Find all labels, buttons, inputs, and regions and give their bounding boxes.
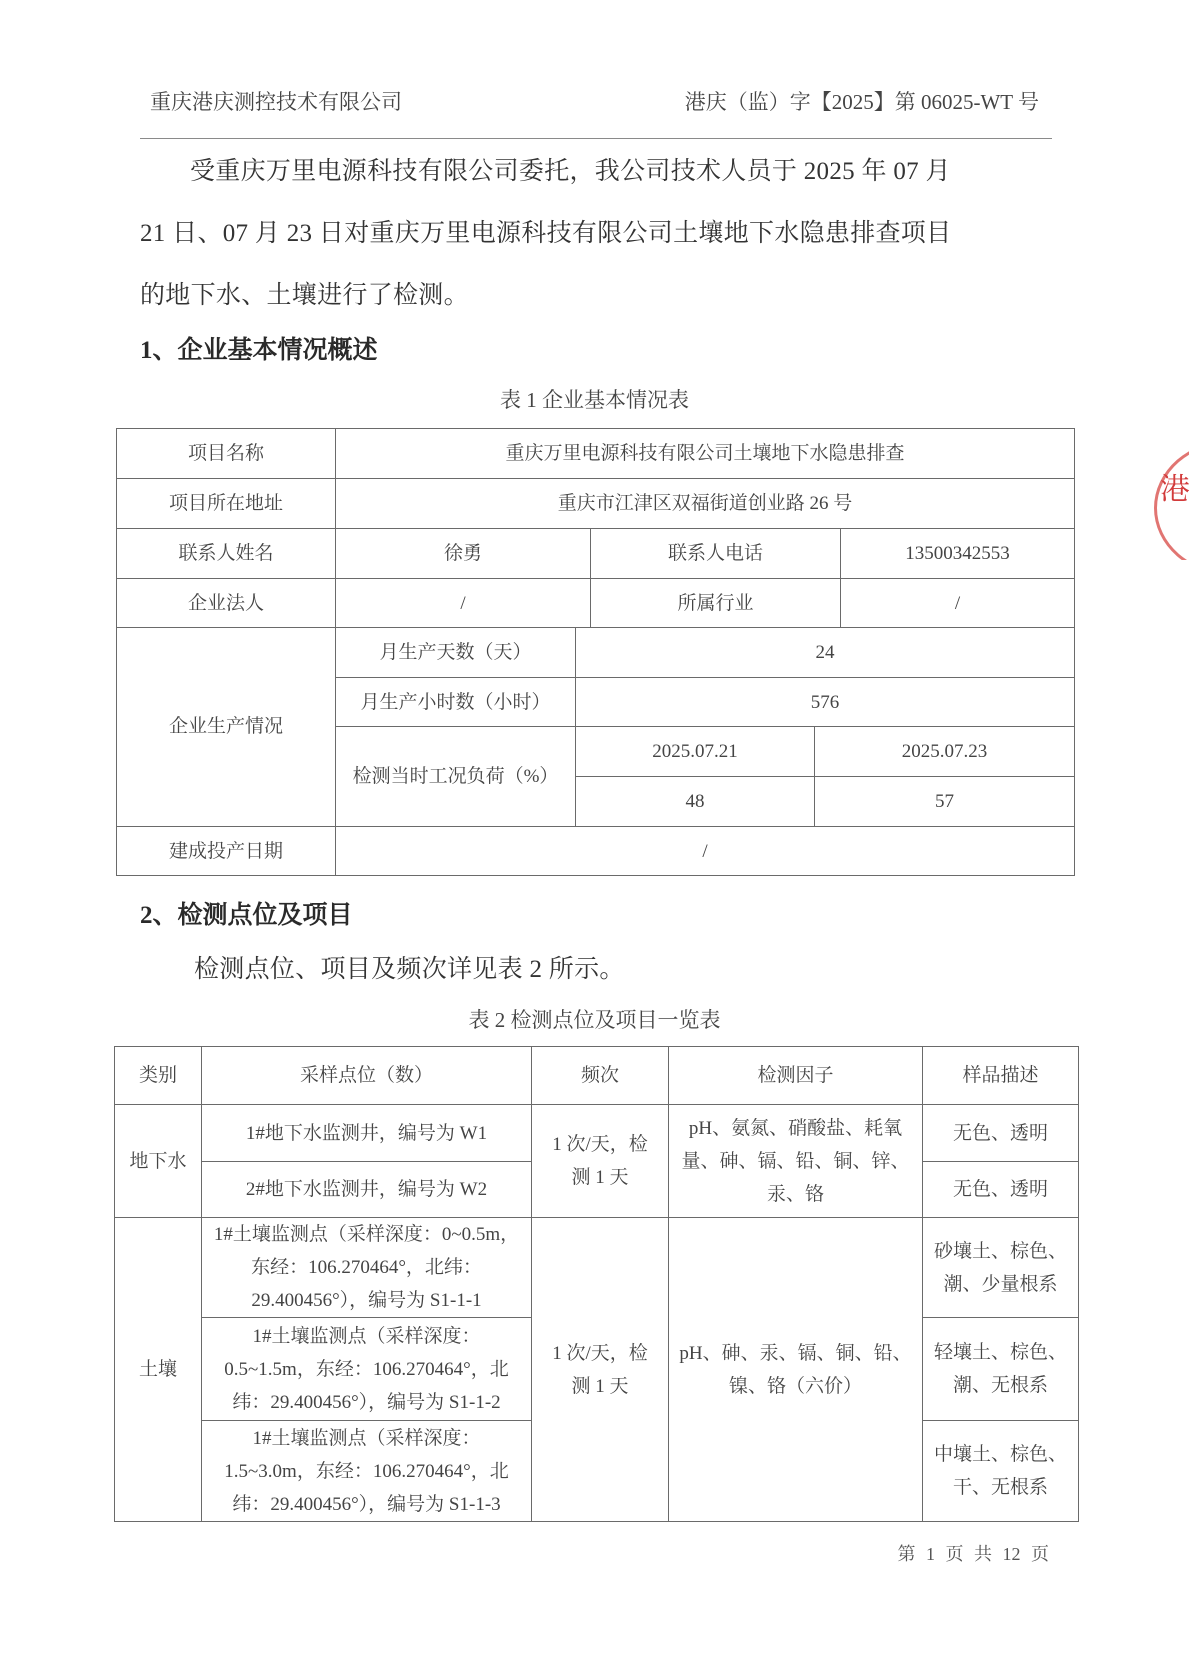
load-value-1: 48: [576, 777, 815, 827]
header-category: 类别: [115, 1047, 202, 1105]
intro-line-2: 21 日、07 月 23 日对重庆万里电源科技有限公司土壤地下水隐患排查项目: [140, 220, 1060, 248]
header-report-number: 港庆（监）字【2025】第 06025-WT 号: [685, 86, 1039, 116]
header-description: 样品描述: [923, 1047, 1079, 1105]
soil-description-3: 中壤土、棕色、干、无根系: [923, 1421, 1079, 1522]
soil-point-1: 1#土壤监测点（采样深度：0~0.5m，东经：106.270464°，北纬：29…: [202, 1218, 532, 1318]
load-label: 检测当时工况负荷（%）: [336, 727, 576, 827]
groundwater-category: 地下水: [115, 1105, 202, 1218]
phone-value: 13500342553: [841, 529, 1075, 579]
legal-person-value: /: [336, 579, 591, 628]
soil-description-2: 轻壤土、棕色、潮、无根系: [923, 1318, 1079, 1421]
legal-person-label: 企业法人: [117, 579, 336, 628]
load-date-2: 2025.07.23: [815, 727, 1075, 777]
soil-point-2: 1#土壤监测点（采样深度：0.5~1.5m，东经：106.270464°，北纬：…: [202, 1318, 532, 1421]
header-factors: 检测因子: [669, 1047, 923, 1105]
section-2-text: 检测点位、项目及频次详见表 2 所示。: [140, 956, 1060, 984]
seal-text: 港: [1160, 464, 1189, 508]
start-date-value: /: [336, 827, 1075, 876]
phone-label: 联系人电话: [591, 529, 841, 579]
header-divider: [140, 138, 1052, 139]
soil-point-3: 1#土壤监测点（采样深度：1.5~3.0m，东经：106.270464°，北纬：…: [202, 1421, 532, 1522]
load-value-2: 57: [815, 777, 1075, 827]
page-number: 第 1 页 共 12 页: [898, 1540, 1050, 1566]
hours-value: 576: [576, 678, 1075, 727]
days-value: 24: [576, 628, 1075, 678]
intro-line-1: 受重庆万里电源科技有限公司委托，我公司技术人员于 2025 年 07 月: [140, 158, 1060, 186]
hours-label: 月生产小时数（小时）: [336, 678, 576, 727]
header-sampling-points: 采样点位（数）: [202, 1047, 532, 1105]
load-date-1: 2025.07.21: [576, 727, 815, 777]
industry-label: 所属行业: [591, 579, 841, 628]
monitoring-points-table: 类别 采样点位（数） 频次 检测因子 样品描述 地下水 1#地下水监测井，编号为…: [114, 1046, 1079, 1522]
soil-frequency: 1 次/天，检测 1 天: [532, 1218, 669, 1522]
groundwater-frequency: 1 次/天，检测 1 天: [532, 1105, 669, 1218]
groundwater-point-2: 2#地下水监测井，编号为 W2: [202, 1162, 532, 1218]
project-name-label: 项目名称: [117, 429, 336, 479]
header-company: 重庆港庆测控技术有限公司: [150, 86, 402, 116]
groundwater-description-2: 无色、透明: [923, 1162, 1079, 1218]
contact-label: 联系人姓名: [117, 529, 336, 579]
soil-factors: pH、砷、汞、镉、铜、铅、镍、铬（六价）: [669, 1218, 923, 1522]
section-1-title: 1、企业基本情况概述: [140, 330, 378, 366]
groundwater-factors: pH、氨氮、硝酸盐、耗氧量、砷、镉、铅、铜、锌、汞、铬: [669, 1105, 923, 1218]
soil-description-1: 砂壤土、棕色、潮、少量根系: [923, 1218, 1079, 1318]
company-seal-stamp: 港: [1150, 440, 1189, 560]
table-2-caption: 表 2 检测点位及项目一览表: [0, 1004, 1189, 1034]
header-frequency: 频次: [532, 1047, 669, 1105]
production-label: 企业生产情况: [117, 628, 336, 827]
section-2-title: 2、检测点位及项目: [140, 895, 353, 931]
table-1-caption: 表 1 企业基本情况表: [0, 384, 1189, 414]
contact-value: 徐勇: [336, 529, 591, 579]
groundwater-point-1: 1#地下水监测井，编号为 W1: [202, 1105, 532, 1162]
project-name-value: 重庆万里电源科技有限公司土壤地下水隐患排查: [336, 429, 1075, 479]
enterprise-info-table: 项目名称 重庆万里电源科技有限公司土壤地下水隐患排查 项目所在地址 重庆市江津区…: [116, 428, 1075, 876]
address-label: 项目所在地址: [117, 479, 336, 529]
intro-line-3: 的地下水、土壤进行了检测。: [140, 282, 1060, 310]
industry-value: /: [841, 579, 1075, 628]
start-date-label: 建成投产日期: [117, 827, 336, 876]
address-value: 重庆市江津区双福街道创业路 26 号: [336, 479, 1075, 529]
days-label: 月生产天数（天）: [336, 628, 576, 678]
soil-category: 土壤: [115, 1218, 202, 1522]
groundwater-description-1: 无色、透明: [923, 1105, 1079, 1162]
